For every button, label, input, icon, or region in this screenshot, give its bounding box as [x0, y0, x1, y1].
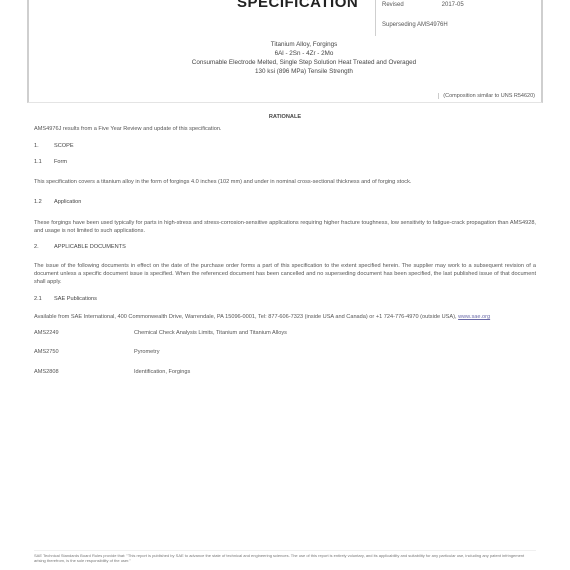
material-title: Titanium Alloy, Forgings 6Al - 2Sn - 4Zr… — [69, 40, 539, 76]
sae-publications-text: Available from SAE International, 400 Co… — [34, 313, 536, 321]
revision-label: Revised — [382, 2, 440, 8]
rationale-heading: RATIONALE — [34, 113, 536, 121]
reference-code: AMS2249 — [34, 329, 134, 337]
reference-row: AMS2808 Identification, Forgings — [34, 368, 536, 376]
section-heading-form: 1.1Form — [34, 158, 536, 166]
reference-code: AMS2750 — [34, 348, 134, 356]
application-text: These forgings have been used typically … — [34, 219, 536, 236]
title-line: Consumable Electrode Melted, Single Step… — [69, 58, 539, 67]
applicable-documents-text: The issue of the following documents in … — [34, 262, 536, 287]
superseding-row: Superseding AMS4976H — [382, 22, 448, 28]
title-line: Titanium Alloy, Forgings — [69, 40, 539, 49]
reference-row: AMS2750 Pyrometry — [34, 348, 536, 356]
spec-type-title: SPECIFICATION — [237, 0, 358, 11]
document-body: RATIONALE AMS4976J results from a Five Y… — [34, 113, 536, 387]
section-heading-scope: 1.SCOPE — [34, 142, 536, 150]
section-heading-application: 1.2Application — [34, 198, 536, 206]
reference-title: Pyrometry — [134, 348, 160, 356]
reference-title: Identification, Forgings — [134, 368, 190, 376]
sae-website-link[interactable]: www.sae.org — [458, 314, 490, 320]
section-heading-sae-publications: 2.1SAE Publications — [34, 295, 536, 303]
form-text: This specification covers a titanium all… — [34, 178, 536, 186]
superseding-value: AMS4976H — [417, 22, 448, 28]
document-page: SPECIFICATION Revised 2017-05 Supersedin… — [0, 0, 570, 570]
revision-box: Revised 2017-05 Superseding AMS4976H — [375, 0, 540, 36]
reference-row: AMS2249 Chemical Check Analysis Limits, … — [34, 329, 536, 337]
title-line: 130 ksi (896 MPa) Tensile Strength — [69, 67, 539, 76]
composition-note: (Composition similar to UNS R54620) — [438, 93, 535, 99]
reference-code: AMS2808 — [34, 368, 134, 376]
section-heading-applicable-documents: 2.APPLICABLE DOCUMENTS — [34, 243, 536, 251]
rationale-text: AMS4976J results from a Five Year Review… — [34, 125, 536, 133]
revision-row: Revised 2017-05 — [382, 2, 464, 8]
superseding-label: Superseding — [382, 22, 416, 28]
revision-value: 2017-05 — [442, 2, 464, 8]
reference-title: Chemical Check Analysis Limits, Titanium… — [134, 329, 287, 337]
header-block: SPECIFICATION Revised 2017-05 Supersedin… — [27, 0, 543, 103]
title-line: 6Al - 2Sn - 4Zr - 2Mo — [69, 49, 539, 58]
footer-disclaimer: SAE Technical Standards Board Rules prov… — [34, 550, 536, 563]
